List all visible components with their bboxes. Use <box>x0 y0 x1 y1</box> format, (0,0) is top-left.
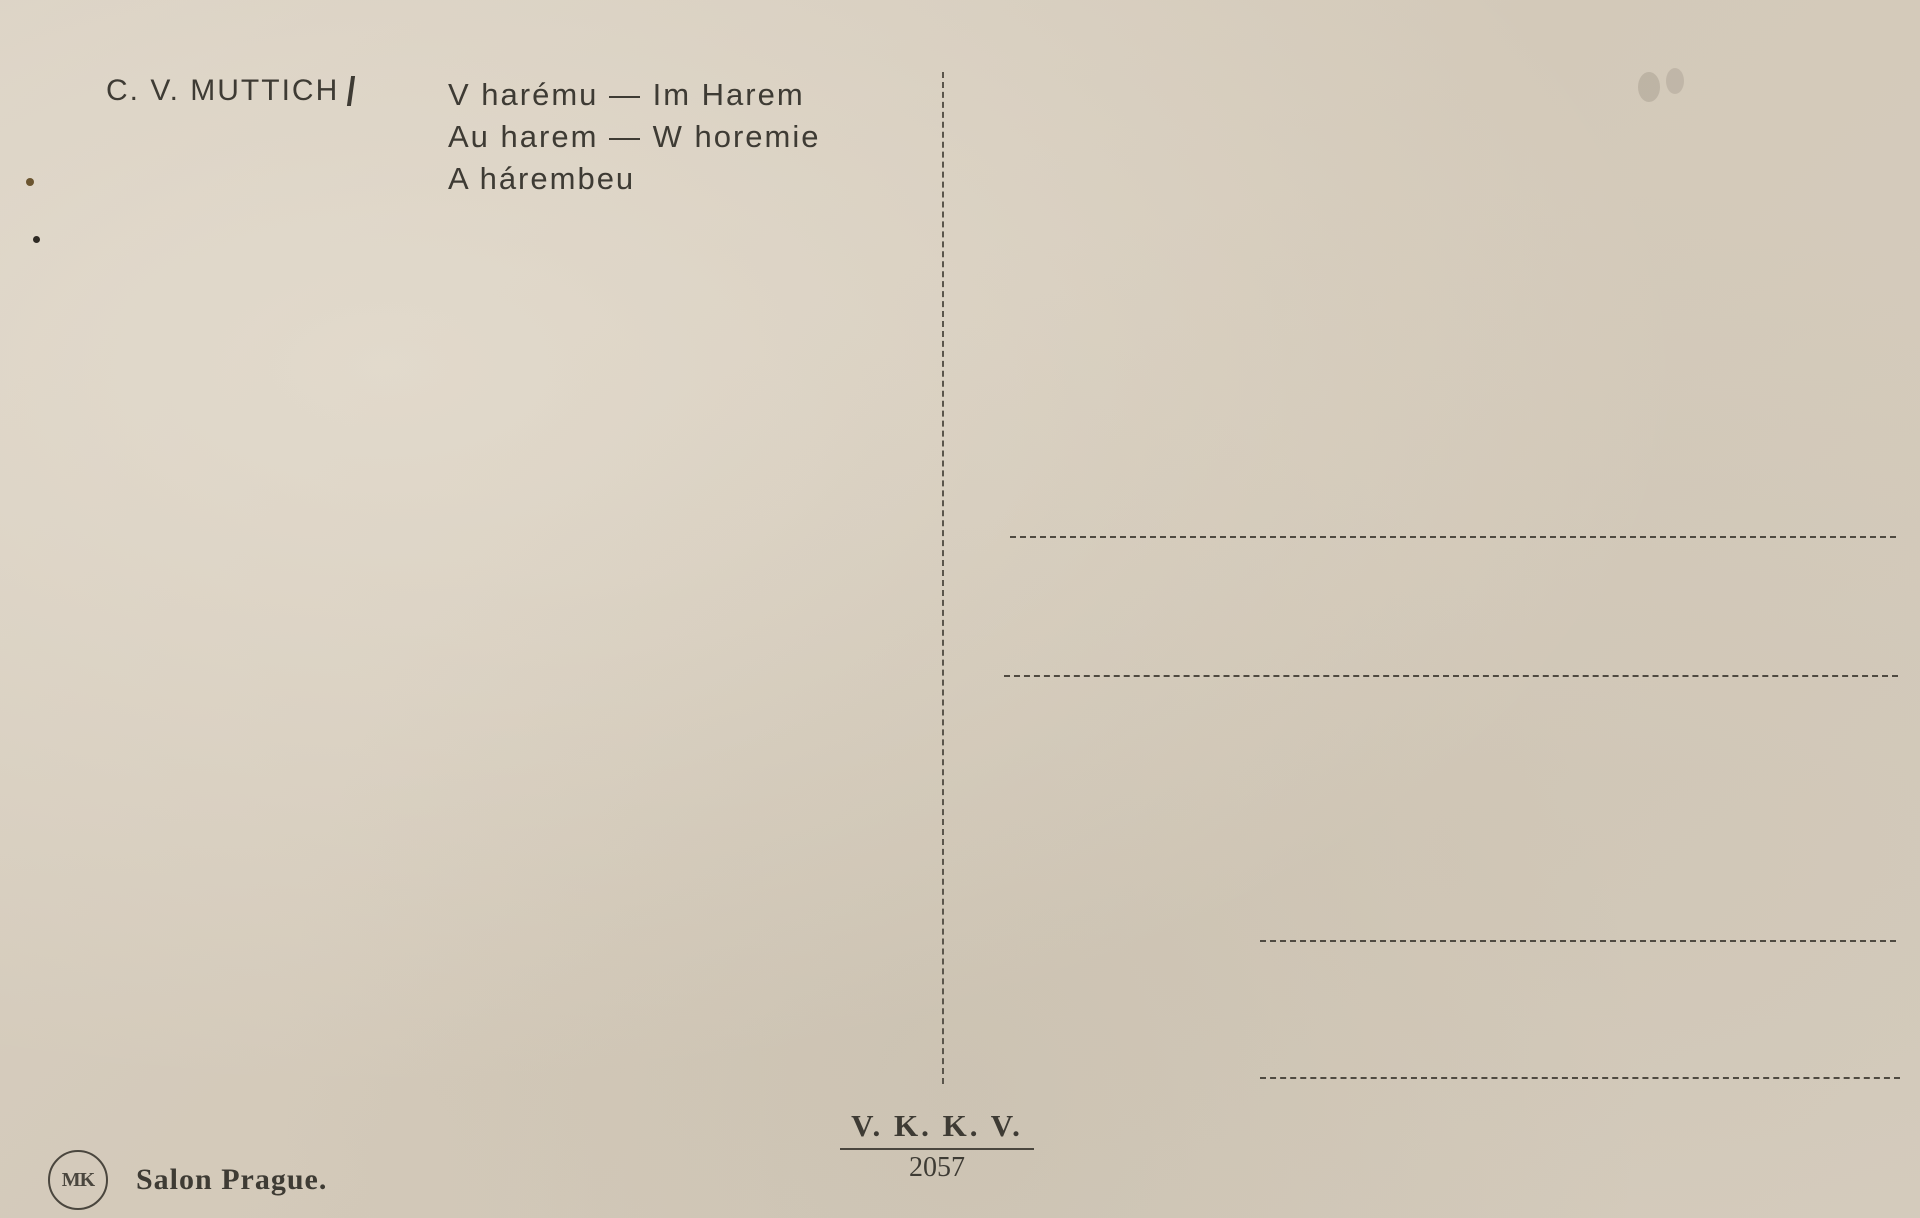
paper-speck <box>33 236 40 243</box>
series-code: V. K. K. V. <box>840 1108 1034 1150</box>
address-line-2 <box>1004 675 1898 677</box>
publisher: MK Salon Prague. <box>48 1150 327 1210</box>
publisher-logo-icon: MK <box>48 1150 108 1210</box>
title-line-french-polish: Au harem — W horemie <box>448 116 821 158</box>
series-number: 2057 <box>840 1152 1034 1184</box>
publisher-name: Salon Prague. <box>136 1163 327 1197</box>
paper-speck <box>1638 72 1660 102</box>
address-line-3 <box>1260 940 1896 942</box>
vertical-divider <box>942 72 944 1084</box>
postcard-back: C. V. MUTTICH V harému — Im Harem Au har… <box>0 0 1920 1218</box>
ink-mark <box>347 76 355 106</box>
artwork-titles: V harému — Im Harem Au harem — W horemie… <box>448 74 821 200</box>
paper-speck <box>26 178 34 186</box>
publisher-logo-text: MK <box>62 1169 94 1192</box>
address-line-1 <box>1010 536 1896 538</box>
title-line-czech-german: V harému — Im Harem <box>448 74 821 116</box>
title-line-hungarian: A hárembeu <box>448 158 821 200</box>
artist-name: C. V. MUTTICH <box>106 74 353 108</box>
address-line-4 <box>1260 1077 1900 1079</box>
artist-name-text: C. V. MUTTICH <box>106 74 339 107</box>
paper-speck <box>1666 68 1684 94</box>
series-mark: V. K. K. V. 2057 <box>840 1108 1034 1184</box>
